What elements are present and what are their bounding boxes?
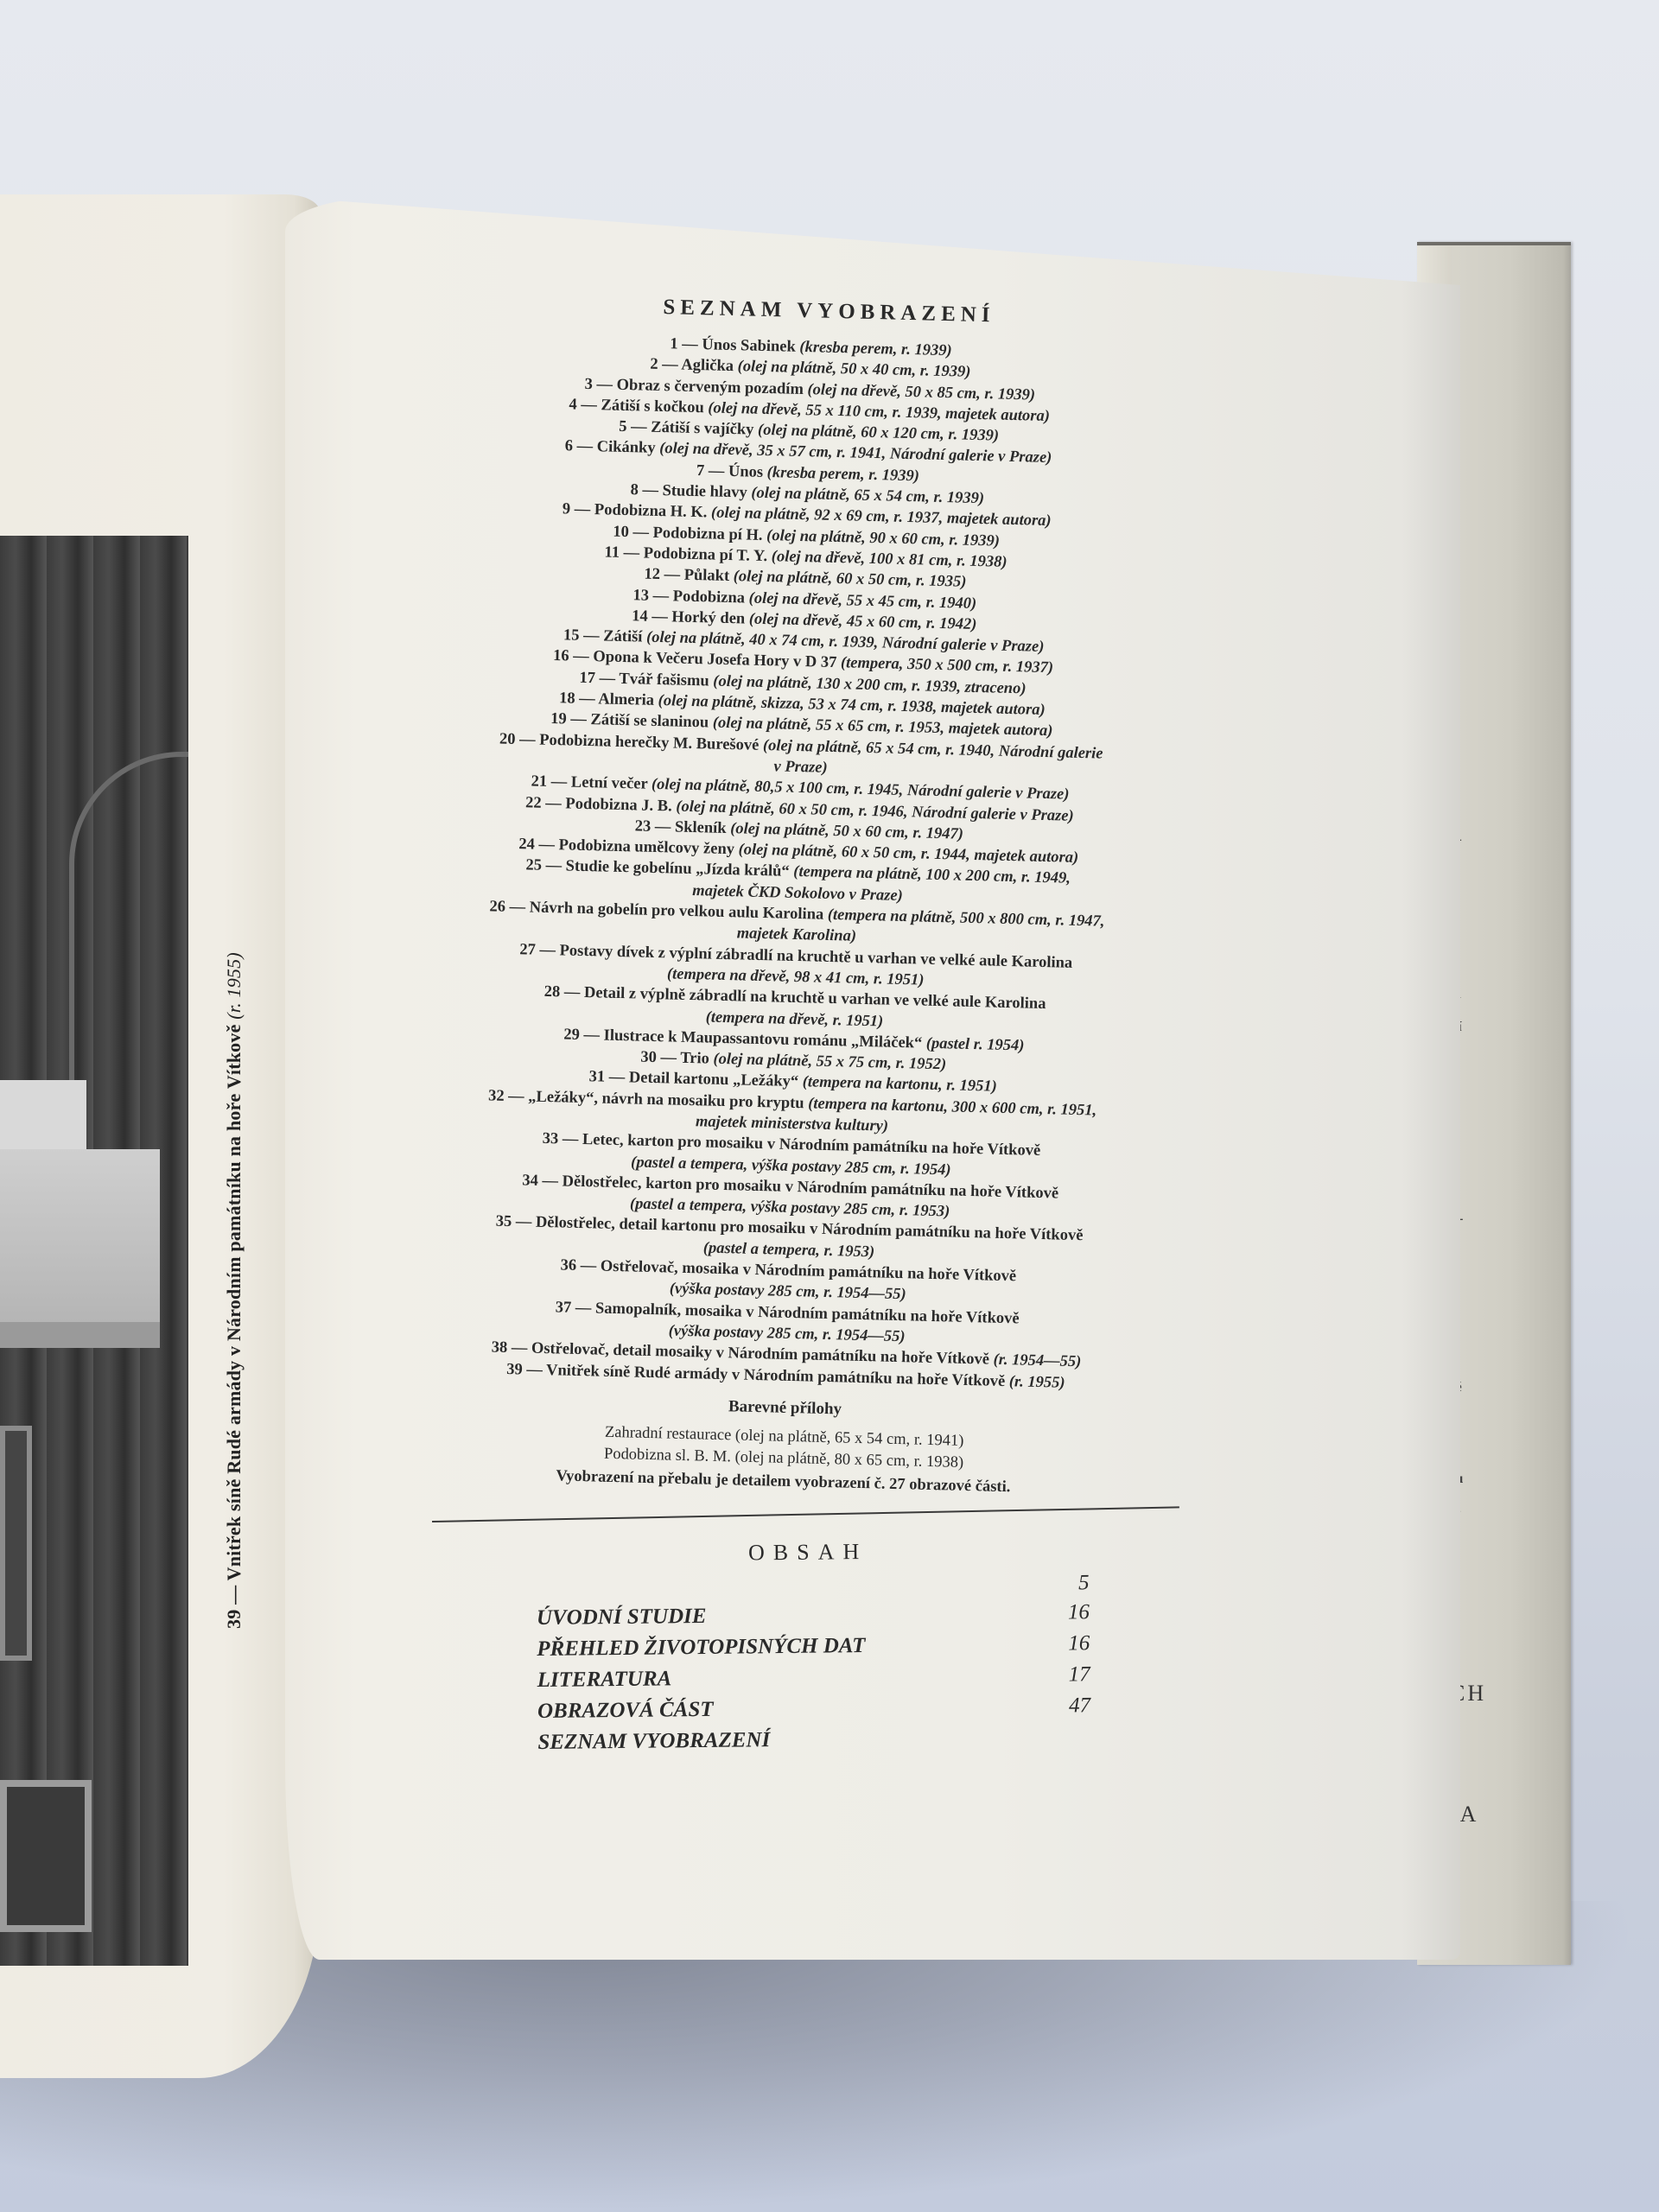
photo-monument-block (0, 1149, 160, 1348)
item-details-cont: majetek ČKD Sokolovo v Praze) (692, 882, 903, 905)
item-number-title: 25 — Studie ke gobelínu „Jízda králů“ (525, 857, 793, 881)
plate-details: (olej na plátně, 80 x 65 cm, r. 1938) (734, 1448, 963, 1471)
toc-page: 47 (1039, 1690, 1090, 1722)
plate-details: (olej na plátně, 65 x 54 cm, r. 1941) (735, 1427, 964, 1449)
item-number-title: 4 — Zátiší s kočkou (569, 396, 708, 416)
item-number-title: 21 — Letní večer (531, 773, 652, 793)
item-number-title: 31 — Detail kartonu „Ležáky“ (588, 1069, 803, 1091)
list-of-illustrations: SEZNAM VYOBRAZENÍ 1 — Únos Sabinek (kres… (385, 289, 1209, 1501)
item-details-cont: majetek ministerstva kultury) (696, 1113, 888, 1135)
toc-page (1039, 1721, 1090, 1753)
toc-page: 17 (1038, 1659, 1090, 1691)
toc-title: OBSAH (527, 1536, 1089, 1568)
item-number-title: 14 — Horký den (632, 607, 749, 627)
photo-carpet-lower (0, 1780, 92, 1932)
item-details: (olej na plátně, 50 x 40 cm, r. 1939) (737, 358, 970, 381)
item-number-title: 23 — Skleník (634, 817, 730, 837)
caption-text: 39 — Vnitřek síně Rudé armády v Národním… (223, 1024, 245, 1629)
plate-title: Zahradní restaurace (605, 1424, 732, 1445)
toc-label: SEZNAM VYOBRAZENÍ (537, 1725, 770, 1758)
item-number-title: 13 — Podobizna (632, 587, 749, 607)
toc-label: ÚVODNÍ STUDIE (537, 1601, 707, 1634)
table-of-contents: OBSAH 5 ÚVODNÍ STUDIE16PŘEHLED ŽIVOTOPIS… (536, 1536, 1091, 1758)
item-details-cont: (tempera na dřevě, r. 1951) (706, 1008, 884, 1030)
item-details: (kresba perem, r. 1939) (766, 464, 919, 485)
item-number-title: 10 — Podobizna pí H. (613, 523, 766, 543)
item-details: (tempera na kartonu, r. 1951) (803, 1074, 998, 1096)
photo-carpet-upper (0, 1426, 32, 1661)
item-number-title: 6 — Cikánky (564, 438, 659, 458)
item-number-title: 20 — Podobizna herečky M. Burešové (499, 730, 763, 753)
toc-row: SEZNAM VYOBRAZENÍ (537, 1721, 1090, 1758)
toc-rows: ÚVODNÍ STUDIE16PŘEHLED ŽIVOTOPISNÝCH DAT… (537, 1597, 1091, 1758)
item-number-title: 1 — Únos Sabinek (670, 335, 800, 356)
toc-page-number: 5 (1037, 1567, 1089, 1598)
item-details: (r. 1954—55) (993, 1351, 1081, 1370)
item-number-title: 15 — Zátiší (563, 626, 647, 645)
item-number-title: 17 — Tvář fašismu (579, 670, 713, 690)
item-details: (tempera, 350 x 500 cm, r. 1937) (841, 655, 1054, 677)
toc-page: 16 (1038, 1628, 1090, 1660)
left-page: 39 — Vnitřek síně Rudé armády v Národním… (0, 194, 320, 2078)
item-number-title: 11 — Podobizna pí T. Y. (604, 543, 772, 565)
item-details: (kresba perem, r. 1939) (799, 339, 952, 359)
toc-label: PŘEHLED ŽIVOTOPISNÝCH DAT (537, 1630, 865, 1665)
photo-caption: 39 — Vnitřek síně Rudé armády v Národním… (223, 952, 245, 1629)
item-number-title: 12 — Půlakt (644, 566, 734, 586)
caption-year: (r. 1955) (223, 952, 245, 1020)
item-number-title: 30 — Trio (640, 1049, 714, 1068)
toc-page: 16 (1038, 1597, 1090, 1629)
plate-title: Podobizna sl. B. M. (604, 1446, 731, 1466)
interior-photo (0, 536, 188, 1966)
item-details-cont: (pastel a tempera, r. 1953) (703, 1239, 875, 1261)
item-number-title: 7 — Únos (696, 462, 767, 481)
item-number-title: 19 — Zátiší se slaninou (550, 710, 713, 732)
item-details-cont: majetek Karolina) (737, 925, 857, 945)
item-number-title: 9 — Podobizna H. K. (563, 501, 712, 522)
item-details: (olej na plátně, 60 x 50 cm, r. 1935) (733, 568, 966, 591)
photo-arch (69, 752, 188, 1206)
toc-label: LITERATURA (537, 1663, 671, 1696)
item-number-title: 22 — Podobizna J. B. (525, 794, 677, 815)
item-number-title: 5 — Zátiší s vajíčky (619, 418, 758, 439)
toc-label: OBRAZOVÁ ČÁST (537, 1694, 714, 1727)
item-details: (r. 1955) (1009, 1373, 1065, 1392)
item-details: (pastel r. 1954) (926, 1035, 1025, 1055)
item-number-title: 18 — Almeria (559, 690, 658, 709)
illustration-list: 1 — Únos Sabinek (kresba perem, r. 1939)… (388, 327, 1208, 1396)
item-number-title: 2 — Aglička (650, 356, 738, 375)
item-number-title: 8 — Studie hlavy (630, 481, 751, 501)
item-details-cont: v Praze) (773, 758, 828, 777)
